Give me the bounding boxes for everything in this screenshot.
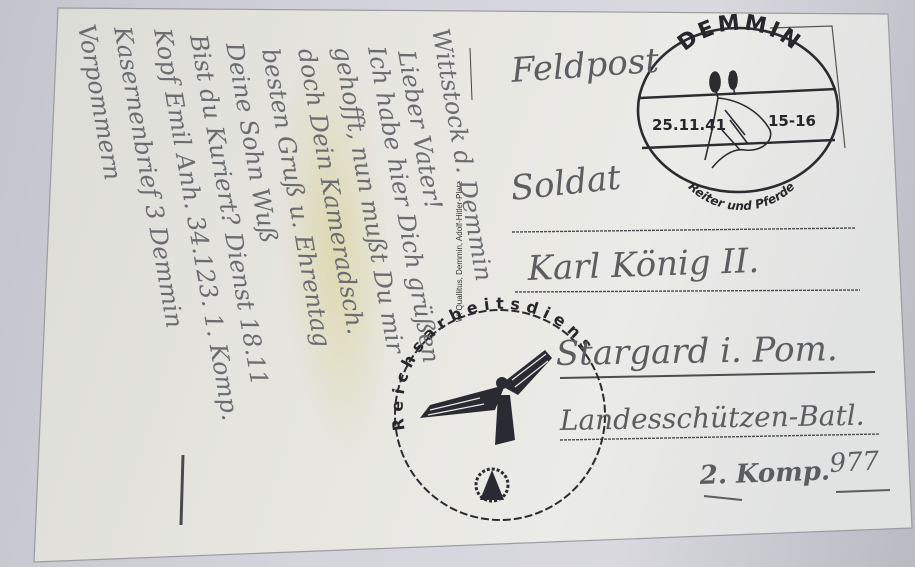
address-line-6-prefix: 2. Komp.: [698, 456, 830, 491]
address-line-5: Landesschützen-Batl.: [559, 399, 865, 437]
address-line-3: Karl König II.: [526, 241, 760, 289]
postcard: W. Quallitus, Demmin, Adolf-Hitler-Platz…: [0, 0, 915, 567]
address-line-4: Stargard i. Pom.: [555, 329, 838, 374]
postmark-time: 15-16: [768, 112, 816, 130]
address-line-6-number: 977: [829, 446, 881, 479]
